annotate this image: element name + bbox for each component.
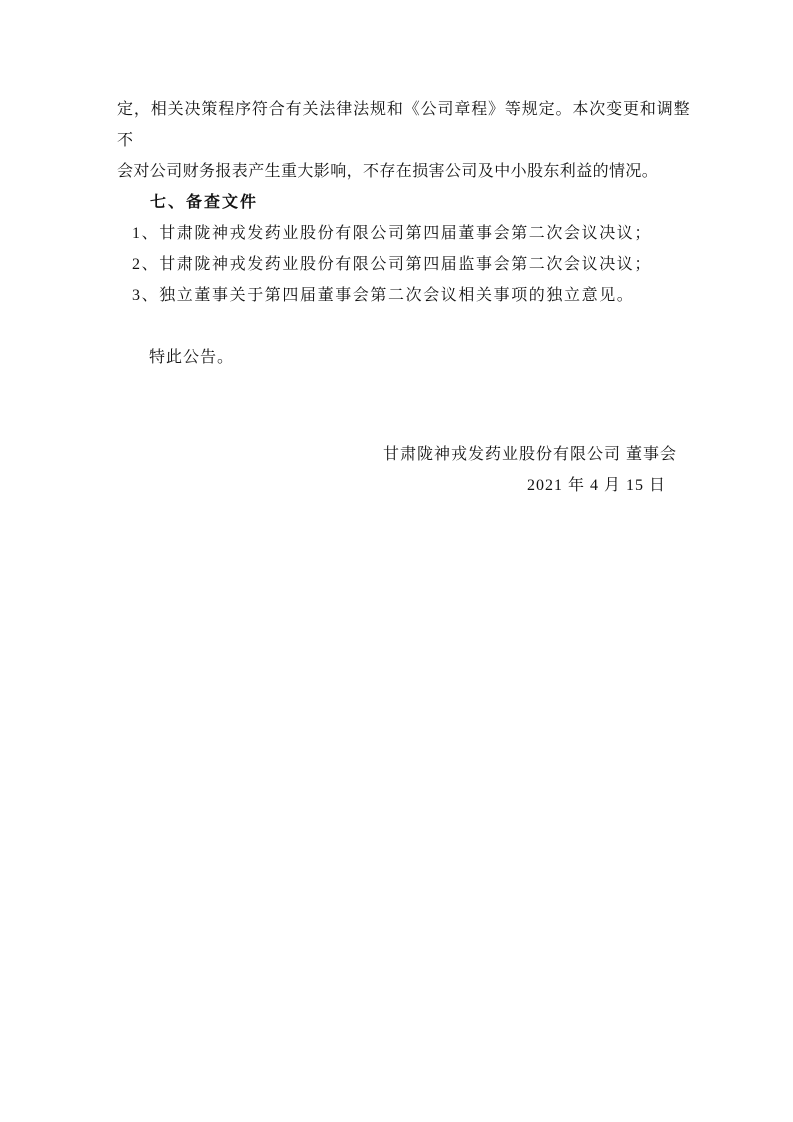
blank-line xyxy=(117,311,690,342)
list-item-board-resolution: 1、甘肃陇神戎发药业股份有限公司第四届董事会第二次会议决议； xyxy=(117,218,690,249)
document-content: 定，相关决策程序符合有关法律法规和《公司章程》等规定。本次变更和调整不 会对公司… xyxy=(117,94,690,501)
signature-block: 甘肃陇神戎发药业股份有限公司 董事会 2021 年 4 月 15 日 xyxy=(117,439,690,501)
signature-company-name: 甘肃陇神戎发药业股份有限公司 董事会 xyxy=(117,439,690,470)
body-paragraph-line: 会对公司财务报表产生重大影响，不存在损害公司及中小股东利益的情况。 xyxy=(117,156,690,187)
document-page: 定，相关决策程序符合有关法律法规和《公司章程》等规定。本次变更和调整不 会对公司… xyxy=(0,0,793,1122)
signature-date: 2021 年 4 月 15 日 xyxy=(117,470,690,501)
body-paragraph: 定，相关决策程序符合有关法律法规和《公司章程》等规定。本次变更和调整不 会对公司… xyxy=(117,94,690,187)
body-paragraph-line: 定，相关决策程序符合有关法律法规和《公司章程》等规定。本次变更和调整不 xyxy=(117,94,690,156)
closing-statement: 特此公告。 xyxy=(117,342,690,373)
section-heading-reference-documents: 七、备查文件 xyxy=(117,187,690,218)
list-item-supervisory-resolution: 2、甘肃陇神戎发药业股份有限公司第四届监事会第二次会议决议； xyxy=(117,249,690,280)
blank-lines xyxy=(117,373,690,439)
list-item-independent-opinion: 3、独立董事关于第四届董事会第二次会议相关事项的独立意见。 xyxy=(117,280,690,311)
